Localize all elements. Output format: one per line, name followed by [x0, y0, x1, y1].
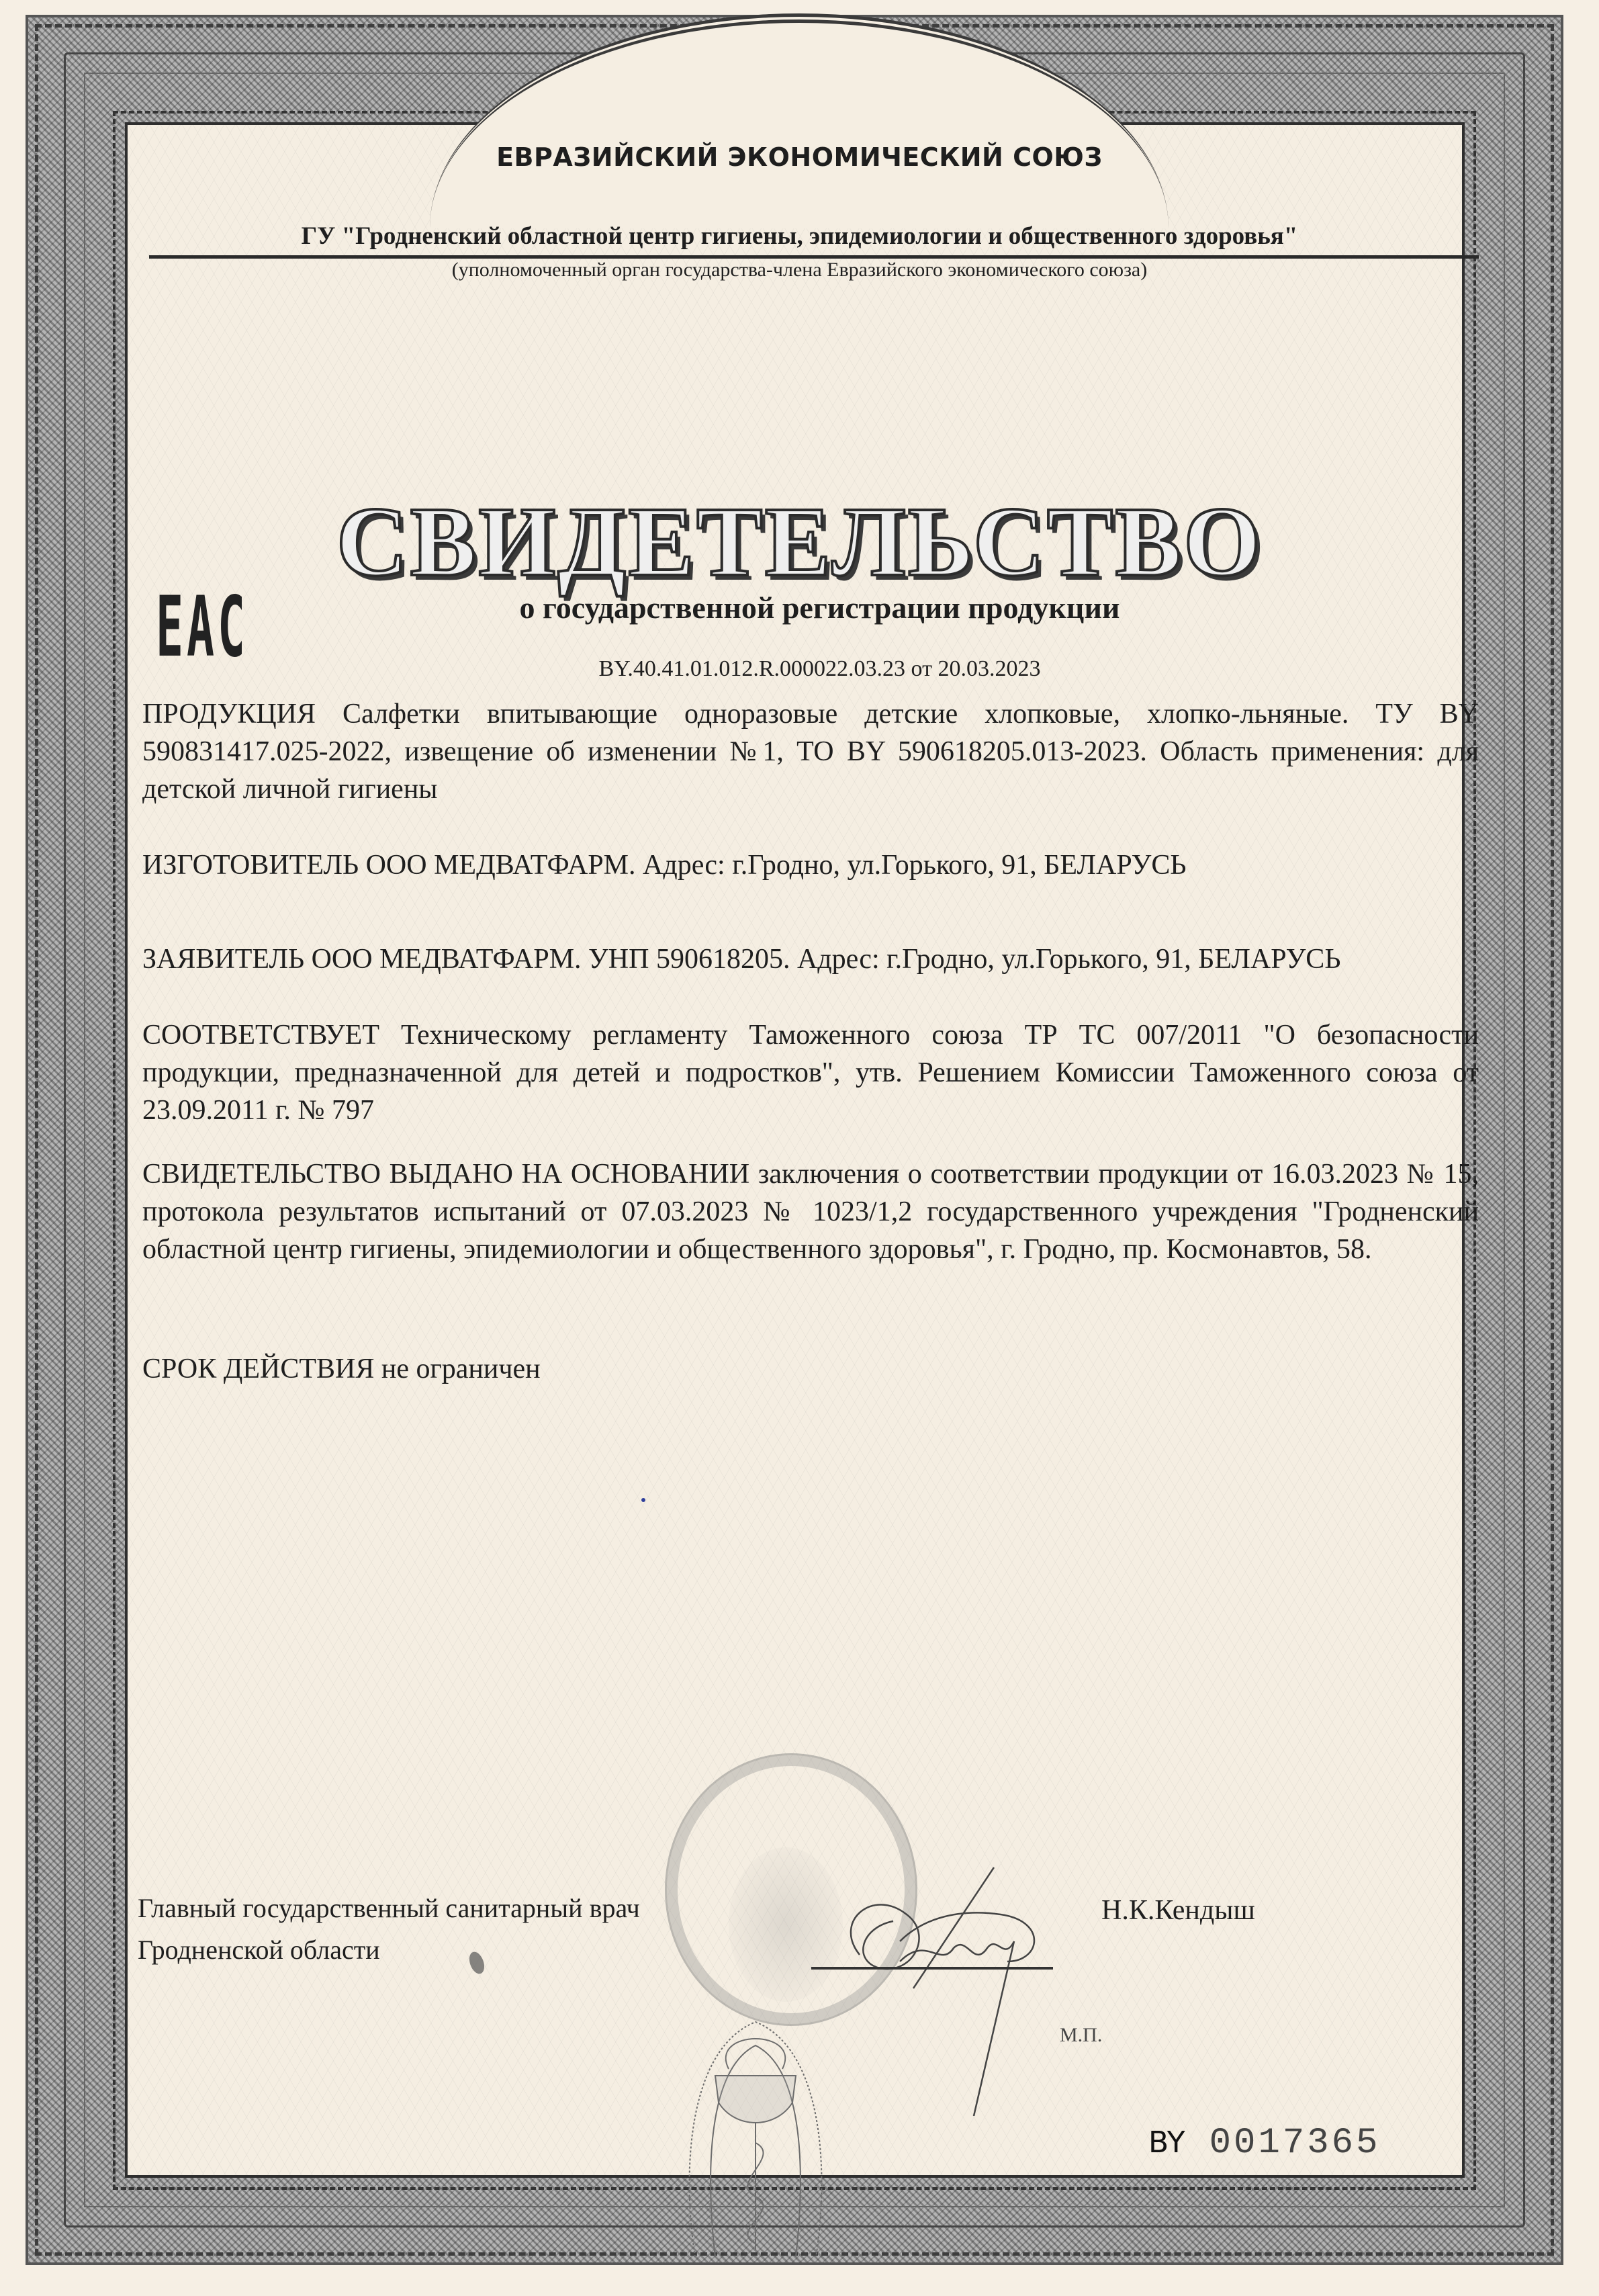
union-heading: ЕВРАЗИЙСКИЙ ЭКОНОМИЧЕСКИЙ СОЮЗ [0, 142, 1599, 172]
applicant-label: ЗАЯВИТЕЛЬ [142, 944, 304, 975]
form-serial-number: BY 0017365 [1148, 2123, 1381, 2164]
section-manufacturer: ИЗГОТОВИТЕЛЬ ООО МЕДВАТФАРМ. Адрес: г.Гр… [142, 846, 1479, 884]
signatory-position-line1: Главный государственный санитарный врач [138, 1888, 640, 1929]
section-product: ПРОДУКЦИЯ Салфетки впитывающие одноразов… [142, 695, 1479, 808]
section-applicant: ЗАЯВИТЕЛЬ ООО МЕДВАТФАРМ. УНП 590618205.… [142, 940, 1479, 978]
signatory-name: Н.К.Кендыш [1101, 1894, 1255, 1927]
paper-edge [0, 2267, 1599, 2296]
conformity-label: СООТВЕТСТВУЕТ [142, 1020, 379, 1051]
signature-line [811, 1967, 1053, 1970]
applicant-text: ООО МЕДВАТФАРМ. УНП 590618205. Адрес: г.… [304, 944, 1340, 975]
product-text: Салфетки впитывающие одноразовые детские… [142, 699, 1479, 805]
bowl-of-hygieia-emblem-icon [668, 1968, 843, 2257]
handwritten-signature [833, 1861, 1061, 2116]
product-label: ПРОДУКЦИЯ [142, 699, 316, 730]
eac-mark-icon: Е А С [156, 586, 244, 669]
seal-place-mark: М.П. [1060, 2024, 1102, 2047]
manufacturer-text: ООО МЕДВАТФАРМ. Адрес: г.Гродно, ул.Горь… [359, 850, 1186, 881]
eac-letter-a: А [187, 586, 201, 669]
organization-note: (уполномоченный орган государства-члена … [0, 259, 1599, 281]
eac-letter-c: С [218, 586, 232, 669]
section-conformity: СООТВЕТСТВУЕТ Техническому регламенту Та… [142, 1016, 1479, 1129]
certificate-page: ЕВРАЗИЙСКИЙ ЭКОНОМИЧЕСКИЙ СОЮЗ ГУ "Гродн… [0, 0, 1599, 2296]
eac-letter-e: Е [156, 586, 171, 669]
validity-text: не ограничен [374, 1354, 540, 1384]
ink-dot [641, 1498, 645, 1502]
signatory-position: Главный государственный санитарный врач … [138, 1888, 640, 1971]
signatory-position-line2: Гродненской области [138, 1929, 640, 1971]
section-basis: СВИДЕТЕЛЬСТВО ВЫДАНО НА ОСНОВАНИИ заключ… [142, 1155, 1479, 1268]
basis-label: СВИДЕТЕЛЬСТВО ВЫДАНО НА ОСНОВАНИИ [142, 1159, 749, 1190]
manufacturer-label: ИЗГОТОВИТЕЛЬ [142, 850, 359, 881]
issuing-organization: ГУ "Гродненский областной центр гигиены,… [0, 222, 1599, 251]
serial-prefix: BY [1148, 2125, 1185, 2160]
validity-label: СРОК ДЕЙСТВИЯ [142, 1354, 374, 1384]
serial-number: 0017365 [1209, 2123, 1381, 2164]
section-validity: СРОК ДЕЙСТВИЯ не ограничен [142, 1350, 1479, 1388]
